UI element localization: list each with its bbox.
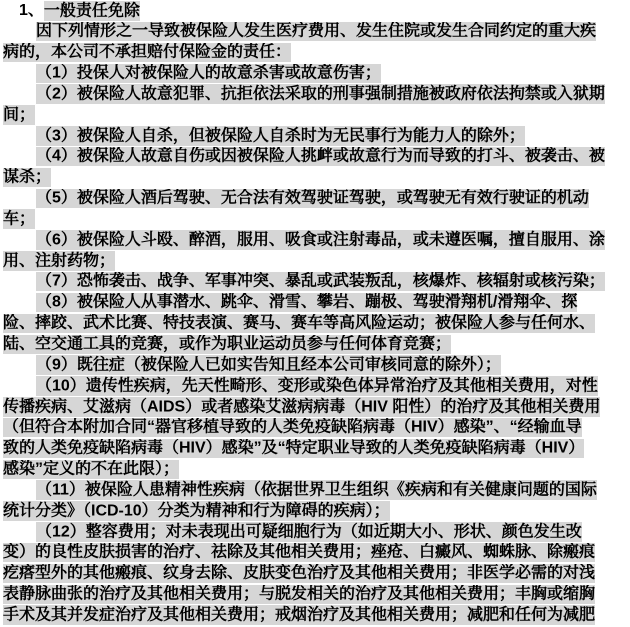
exclusion-item-2: （2）被保险人故意犯罪、抗拒依法采取的刑事强制措施被政府依法拘禁或入狱期间； — [3, 84, 630, 126]
text-line: （6）被保险人斗殴、醉酒，服用、吸食或注射毒品，或未遵医嘱，擅自服用、涂 — [3, 230, 630, 251]
highlighted-text: 陆、空交通工具的竞赛，或作为职业运动员参与任何体育竞赛； — [3, 335, 451, 355]
highlighted-text: （3）被保险人自杀，但被保险人自杀时为无民事行为能力人的除外； — [36, 126, 525, 146]
text-line: 变）的良性皮肤损害的治疗、祛除及其他相关费用；痤疮、白癜风、蜘蛛脉、除瘢痕 — [3, 543, 630, 564]
text-line: 陆、空交通工具的竞赛，或作为职业运动员参与任何体育竞赛； — [3, 335, 630, 356]
highlighted-text: 致的人类免疫缺陷病毒（HIV）感染”及“特定职业导致的人类免疫缺陷病毒（HIV） — [3, 439, 584, 459]
highlighted-text: 谋杀； — [3, 168, 51, 188]
exclusion-item-9: （9）既往症（被保险人已如实告知且经本公司审核同意的除外）； — [3, 355, 630, 376]
text-line: （7）恐怖袭击、战争、军事冲突、暴乱或武装叛乱，核爆炸、核辐射或核污染； — [3, 272, 630, 293]
highlighted-text: 表静脉曲张的治疗及其他相关费用；与脱发相关的治疗及其他相关费用；丰胸或缩胸 — [3, 585, 595, 605]
exclusion-item-3: （3）被保险人自杀，但被保险人自杀时为无民事行为能力人的除外； — [3, 126, 630, 147]
text-line: 因下列情形之一导致被保险人发生医疗费用、发生住院或发生合同约定的重大疾 — [3, 22, 630, 43]
text-line: （8）被保险人从事潜水、跳伞、滑雪、攀岩、蹦极、驾驶滑翔机/滑翔伞、探 — [3, 293, 630, 314]
exclusion-item-1: （1）投保人对被保险人的故意杀害或故意伤害； — [3, 64, 630, 85]
text-line: 用、注射药物； — [3, 251, 630, 272]
text-line: （12）整容费用；对未表现出可疑细胞行为（如近期大小、形状、颜色发生改 — [3, 522, 630, 543]
document-page: 1、一般责任免除因下列情形之一导致被保险人发生医疗费用、发生住院或发生合同约定的… — [0, 0, 630, 627]
text-line: 1、一般责任免除 — [3, 1, 630, 22]
intro-paragraph: 因下列情形之一导致被保险人发生医疗费用、发生住院或发生合同约定的重大疾病的，本公… — [3, 22, 630, 64]
text-line: 统计分类》（ICD-10）分类为精神和行为障碍的疾病）； — [3, 501, 630, 522]
text-line: 手术及其并发症治疗及其他相关费用；戒烟治疗及其他相关费用；减肥和任何为减肥 — [3, 605, 630, 626]
highlighted-text: （5）被保险人酒后驾驶、无合法有效驾驶证驾驶，或驾驶无有效行驶证的机动 — [36, 189, 589, 209]
highlighted-text: 变）的良性皮肤损害的治疗、祛除及其他相关费用；痤疮、白癜风、蜘蛛脉、除瘢痕 — [3, 543, 595, 563]
highlighted-text: （12）整容费用；对未表现出可疑细胞行为（如近期大小、形状、颜色发生改 — [36, 522, 582, 542]
text-line: 病的，本公司不承担赔付保险金的责任： — [3, 43, 630, 64]
text-line: 疙瘩型外的其他瘢痕、纹身去除、皮肤变色治疗及其他相关费用；非医学必需的对浅 — [3, 564, 630, 585]
highlighted-text: 统计分类》（ICD-10）分类为精神和行为障碍的疾病）； — [3, 501, 390, 521]
text-line: 险、摔跤、武术比赛、特技表演、赛马、赛车等高风险运动；被保险人参与任何水、 — [3, 314, 630, 335]
highlighted-text: 车； — [3, 209, 35, 229]
exclusion-item-8: （8）被保险人从事潜水、跳伞、滑雪、攀岩、蹦极、驾驶滑翔机/滑翔伞、探险、摔跤、… — [3, 293, 630, 356]
highlighted-text: 感染”定义的不在此限）； — [3, 460, 179, 480]
text-line: （10）遗传性疾病，先天性畸形、变形或染色体异常治疗及其他相关费用，对性 — [3, 376, 630, 397]
highlighted-text: 险、摔跤、武术比赛、特技表演、赛马、赛车等高风险运动；被保险人参与任何水、 — [3, 314, 595, 334]
exclusion-item-12: （12）整容费用；对未表现出可疑细胞行为（如近期大小、形状、颜色发生改变）的良性… — [3, 522, 630, 626]
highlighted-text: 病的，本公司不承担赔付保险金的责任： — [3, 43, 291, 63]
exclusion-item-6: （6）被保险人斗殴、醉酒，服用、吸食或注射毒品，或未遵医嘱，擅自服用、涂用、注射… — [3, 230, 630, 272]
text-line: （11）被保险人患精神性疾病（依据世界卫生组织《疾病和有关健康问题的国际 — [3, 480, 630, 501]
exclusion-item-5: （5）被保险人酒后驾驶、无合法有效驾驶证驾驶，或驾驶无有效行驶证的机动车； — [3, 189, 630, 231]
exclusion-item-10: （10）遗传性疾病，先天性畸形、变形或染色体异常治疗及其他相关费用，对性传播疾病… — [3, 376, 630, 480]
highlighted-text: （1）投保人对被保险人的故意杀害或故意伤害； — [36, 64, 381, 84]
highlighted-text: （11）被保险人患精神性疾病（依据世界卫生组织《疾病和有关健康问题的国际 — [36, 480, 597, 500]
text-line: （5）被保险人酒后驾驶、无合法有效驾驶证驾驶，或驾驶无有效行驶证的机动 — [3, 189, 630, 210]
highlighted-text: （8）被保险人从事潜水、跳伞、滑雪、攀岩、蹦极、驾驶滑翔机/滑翔伞、探 — [36, 293, 577, 313]
highlighted-text: （4）被保险人故意自伤或因被保险人挑衅或故意行为而导致的打斗、被袭击、被 — [36, 147, 605, 167]
text-line: （9）既往症（被保险人已如实告知且经本公司审核同意的除外）； — [3, 355, 630, 376]
highlighted-text: 间； — [3, 105, 35, 125]
text-line: 致的人类免疫缺陷病毒（HIV）感染”及“特定职业导致的人类免疫缺陷病毒（HIV） — [3, 439, 630, 460]
text-line: 间； — [3, 105, 630, 126]
line-prefix: 1、 — [19, 2, 44, 19]
highlighted-text: 用、注射药物； — [3, 251, 115, 271]
text-line: 车； — [3, 209, 630, 230]
exclusion-item-11: （11）被保险人患精神性疾病（依据世界卫生组织《疾病和有关健康问题的国际统计分类… — [3, 480, 630, 522]
text-line: （1）投保人对被保险人的故意杀害或故意伤害； — [3, 64, 630, 85]
exclusion-item-7: （7）恐怖袭击、战争、军事冲突、暴乱或武装叛乱，核爆炸、核辐射或核污染； — [3, 272, 630, 293]
highlighted-text: （2）被保险人故意犯罪、抗拒依法采取的刑事强制措施被政府依法拘禁或入狱期 — [36, 84, 605, 104]
exclusion-item-4: （4）被保险人故意自伤或因被保险人挑衅或故意行为而导致的打斗、被袭击、被谋杀； — [3, 147, 630, 189]
text-line: 谋杀； — [3, 168, 630, 189]
highlighted-text: 一般责任免除 — [44, 1, 140, 21]
highlighted-text: 疙瘩型外的其他瘢痕、纹身去除、皮肤变色治疗及其他相关费用；非医学必需的对浅 — [3, 564, 595, 584]
text-line: 传播疾病、艾滋病（AIDS）或者感染艾滋病病毒（HIV 阳性）的治疗及其他相关费… — [3, 397, 630, 418]
highlighted-text: 因下列情形之一导致被保险人发生医疗费用、发生住院或发生合同约定的重大疾 — [36, 22, 596, 42]
text-line: （但符合本附加合同“器官移植导致的人类免疫缺陷病毒（HIV）感染”、“经输血导 — [3, 418, 630, 439]
text-line: 表静脉曲张的治疗及其他相关费用；与脱发相关的治疗及其他相关费用；丰胸或缩胸 — [3, 585, 630, 606]
highlighted-text: （但符合本附加合同“器官移植导致的人类免疫缺陷病毒（HIV）感染”、“经输血导 — [3, 418, 582, 438]
section-heading: 1、一般责任免除 — [3, 1, 630, 22]
text-line: （3）被保险人自杀，但被保险人自杀时为无民事行为能力人的除外； — [3, 126, 630, 147]
highlighted-text: 手术及其并发症治疗及其他相关费用；戒烟治疗及其他相关费用；减肥和任何为减肥 — [3, 605, 595, 625]
highlighted-text: 传播疾病、艾滋病（AIDS）或者感染艾滋病病毒（HIV 阳性）的治疗及其他相关费… — [3, 397, 600, 417]
text-line: （2）被保险人故意犯罪、抗拒依法采取的刑事强制措施被政府依法拘禁或入狱期 — [3, 84, 630, 105]
highlighted-text: （7）恐怖袭击、战争、军事冲突、暴乱或武装叛乱，核爆炸、核辐射或核污染； — [36, 272, 605, 292]
highlighted-text: （6）被保险人斗殴、醉酒，服用、吸食或注射毒品，或未遵医嘱，擅自服用、涂 — [36, 230, 605, 250]
text-line: 感染”定义的不在此限）； — [3, 460, 630, 481]
highlighted-text: （10）遗传性疾病，先天性畸形、变形或染色体异常治疗及其他相关费用，对性 — [36, 376, 598, 396]
text-line: （4）被保险人故意自伤或因被保险人挑衅或故意行为而导致的打斗、被袭击、被 — [3, 147, 630, 168]
highlighted-text: （9）既往症（被保险人已如实告知且经本公司审核同意的除外）； — [36, 355, 501, 375]
